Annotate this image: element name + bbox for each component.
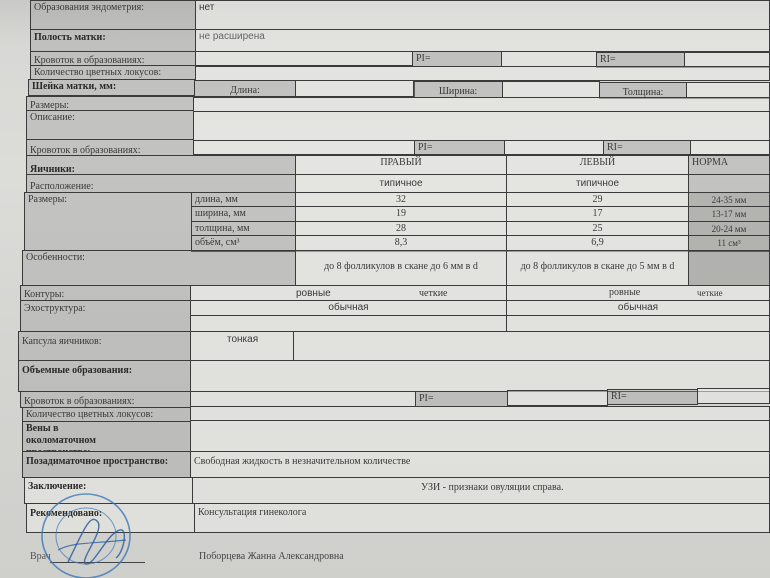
cervix-description-label: Описание: — [26, 110, 194, 140]
cervix-description-value — [193, 111, 770, 141]
ovaries-echostructure-left: обычная — [506, 300, 770, 316]
ovary-size-param-label: длина, мм — [191, 192, 296, 207]
masses-veins-value — [190, 420, 770, 452]
ovaries-location-left: типичное — [506, 174, 689, 193]
uterine-cavity-label: Полость матки: — [30, 29, 196, 52]
ovaries-features-left: до 8 фолликулов в скане до 5 мм в d — [506, 250, 689, 286]
ovaries-echostructure-extra-left — [506, 315, 770, 332]
masses-pi-value — [507, 390, 608, 406]
recommended-value: Консультация гинеколога — [194, 503, 770, 533]
endometrium-formations-value: нет — [195, 0, 770, 30]
ovaries-features-norm — [688, 250, 770, 286]
masses-color-loci-label: Количество цветных локусов: — [22, 407, 191, 422]
ovary-size-norm-value: 24-35 мм — [688, 192, 770, 207]
masses-bloodflow-label: Кровоток в образованиях: — [20, 391, 191, 408]
ovary-size-left-value: 29 — [506, 192, 689, 207]
masses-value — [190, 360, 770, 392]
ovary-size-left-value: 17 — [506, 206, 689, 222]
ovary-size-param-label: толщина, мм — [191, 221, 296, 236]
ovaries-echostructure-extra-right — [190, 315, 507, 332]
uterus-bloodflow-field — [195, 51, 413, 66]
retrouterine-label: Позадиматочное пространство: — [22, 451, 191, 478]
contours-right-even: ровные — [296, 288, 331, 300]
masses-ri-label: RI= — [607, 389, 698, 405]
masses-pi-label: PI= — [415, 391, 508, 407]
ovaries-col-norm: НОРМА — [688, 155, 770, 175]
cervix-bloodflow-label: Кровоток в образованиях: — [26, 139, 194, 156]
cervix-length-value — [295, 80, 415, 97]
masses-veins-label: Вены в околоматочном пространстве: — [22, 421, 191, 452]
ovaries-echostructure-right: обычная — [190, 300, 507, 316]
uterus-color-loci-value — [195, 66, 770, 81]
doctor-name: Поборцева Жанна Александровна — [199, 551, 344, 562]
uterine-cavity-value: не расширена — [195, 29, 770, 52]
ovaries-capsule-value: тонкая — [190, 331, 294, 361]
ovary-size-right-value: 32 — [295, 192, 507, 207]
ovaries-location-right: типичное — [295, 174, 507, 193]
cervix-length-label: Длина: — [194, 80, 296, 97]
ovary-size-param-label: ширина, мм — [191, 206, 296, 222]
ovary-size-norm-value: 13-17 мм — [688, 206, 770, 222]
cervix-ri-label: RI= — [603, 140, 691, 155]
endometrium-formations-label: Образования эндометрия: — [30, 0, 196, 30]
cervix-sizes-value — [193, 97, 770, 112]
ovaries-col-right: ПРАВЫЙ — [295, 155, 507, 175]
masses-ri-value — [697, 388, 770, 404]
ovaries-location-norm — [688, 174, 770, 193]
cervix-bloodflow-field — [193, 140, 415, 155]
contours-right-clear: четкие — [419, 288, 448, 300]
ovaries-col-left: ЛЕВЫЙ — [506, 155, 689, 175]
ovaries-sizes-label: Размеры: — [24, 192, 192, 251]
ovaries-capsule-extra — [293, 331, 770, 361]
ovaries-contours-left-cell: ровные четкие — [506, 285, 770, 301]
ovaries-echostructure-label: Эхоструктура: — [20, 300, 191, 332]
ovaries-location-label: Расположение: — [26, 174, 296, 193]
uterus-pi-label: PI= — [412, 51, 502, 67]
doctor-stamp-icon — [28, 492, 138, 578]
masses-color-loci-value — [190, 406, 770, 421]
ovaries-contours-label: Контуры: — [20, 285, 191, 301]
contours-left-even: ровные — [609, 287, 640, 299]
cervix-title: Шейка матки, мм: — [28, 79, 195, 96]
uterus-color-loci-label: Количество цветных локусов: — [30, 65, 196, 80]
ovaries-features-label: Особенности: — [22, 250, 296, 286]
cervix-pi-value — [504, 140, 604, 155]
ovary-size-right-value: 28 — [295, 221, 507, 236]
ovary-size-left-value: 25 — [506, 221, 689, 236]
retrouterine-value: Свободная жидкость в незначительном коли… — [190, 451, 770, 478]
cervix-sizes-label: Размеры: — [26, 96, 194, 111]
contours-left-clear: четкие — [697, 287, 723, 299]
ovaries-contours-right-cell: ровные четкие — [190, 285, 507, 301]
ultrasound-report-form: Образования эндометрия: нет Полость матк… — [0, 0, 770, 578]
ovary-size-norm-value: 20-24 мм — [688, 221, 770, 236]
ovaries-features-right: до 8 фолликулов в скане до 6 мм в d — [295, 250, 507, 286]
uterus-pi-value — [501, 51, 597, 67]
masses-title: Объемные образования: — [18, 360, 191, 392]
cervix-width-label: Ширина: — [413, 81, 503, 98]
ovary-size-right-value: 19 — [295, 206, 507, 222]
cervix-ri-value — [690, 140, 770, 155]
cervix-width-value — [502, 81, 600, 98]
cervix-pi-label: PI= — [414, 140, 505, 155]
ovaries-capsule-label: Капсула яичников: — [18, 331, 191, 361]
masses-bloodflow-field — [190, 391, 416, 407]
conclusion-value: УЗИ - признаки овуляции справа. — [192, 477, 770, 504]
uterus-bloodflow-label: Кровоток в образованиях: — [30, 51, 196, 66]
ovaries-title: Яичники: — [26, 155, 296, 175]
